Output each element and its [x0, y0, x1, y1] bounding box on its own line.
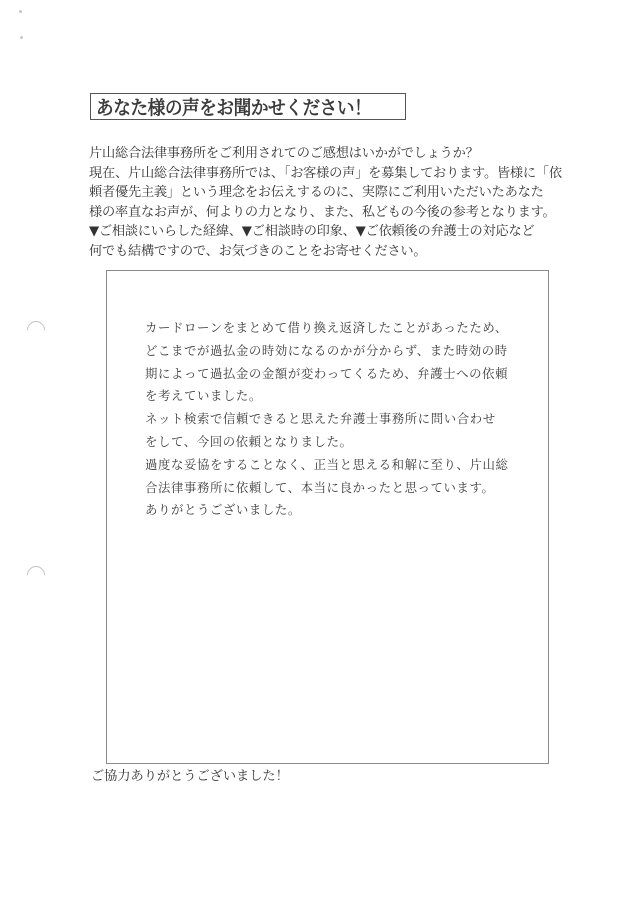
intro-line: 様の率直なお声が、何よりの力となり、また、私どもの今後の参考となります。 [89, 203, 569, 223]
closing-message: ご協力ありがとうございました！ [91, 765, 289, 784]
punch-hole-mark [23, 317, 48, 342]
comment-line: 過度な妥協をすることなく、正当と思える和解に至り、片山総 [145, 454, 525, 477]
title-box: あなた様の声をお聞かせください！ [90, 93, 406, 120]
comment-line: どこまでが過払金の時効になるのかが分からず、また時効の時 [145, 340, 525, 363]
comment-line: 合法律事務所に依頼して、本当に良かったと思っています。 [145, 477, 525, 500]
scan-speck [19, 10, 22, 13]
comment-line: カードローンをまとめて借り換え返済したことがあったため、 [145, 317, 525, 340]
intro-line: 何でも結構ですので、お気づきのことをお寄せください。 [89, 242, 569, 262]
page-title: あなた様の声をお聞かせください！ [96, 93, 371, 120]
comment-line: をして、今回の依頼となりました。 [145, 431, 525, 454]
scan-speck [20, 36, 23, 39]
comment-line: ネット検索で信頼できると思えた弁護士事務所に問い合わせ [145, 408, 525, 431]
comment-line: 期によって過払金の金額が変わってくるため、弁護士への依頼 [145, 363, 525, 386]
intro-paragraph: 片山総合法律事務所をご利用されてのご感想はいかがでしょうか？ 現在、片山総合法律… [89, 144, 569, 261]
comment-line: ありがとうございました。 [145, 499, 525, 522]
intro-line: 現在、片山総合法律事務所では、「お客様の声」を募集しております。皆様に「依 [89, 164, 569, 184]
intro-line: 頼者優先主義」という理念をお伝えするのに、実際にご利用いただいたあなた [89, 183, 569, 203]
customer-comment: カードローンをまとめて借り換え返済したことがあったため、 どこまでが過払金の時効… [145, 317, 525, 522]
intro-line: 片山総合法律事務所をご利用されてのご感想はいかがでしょうか？ [89, 144, 569, 164]
punch-hole-mark [23, 562, 48, 587]
comment-line: を考えていました。 [145, 385, 525, 408]
intro-line: ▼ご相談にいらした経緯、▼ご相談時の印象、▼ご依頼後の弁護士の対応など [89, 222, 569, 242]
